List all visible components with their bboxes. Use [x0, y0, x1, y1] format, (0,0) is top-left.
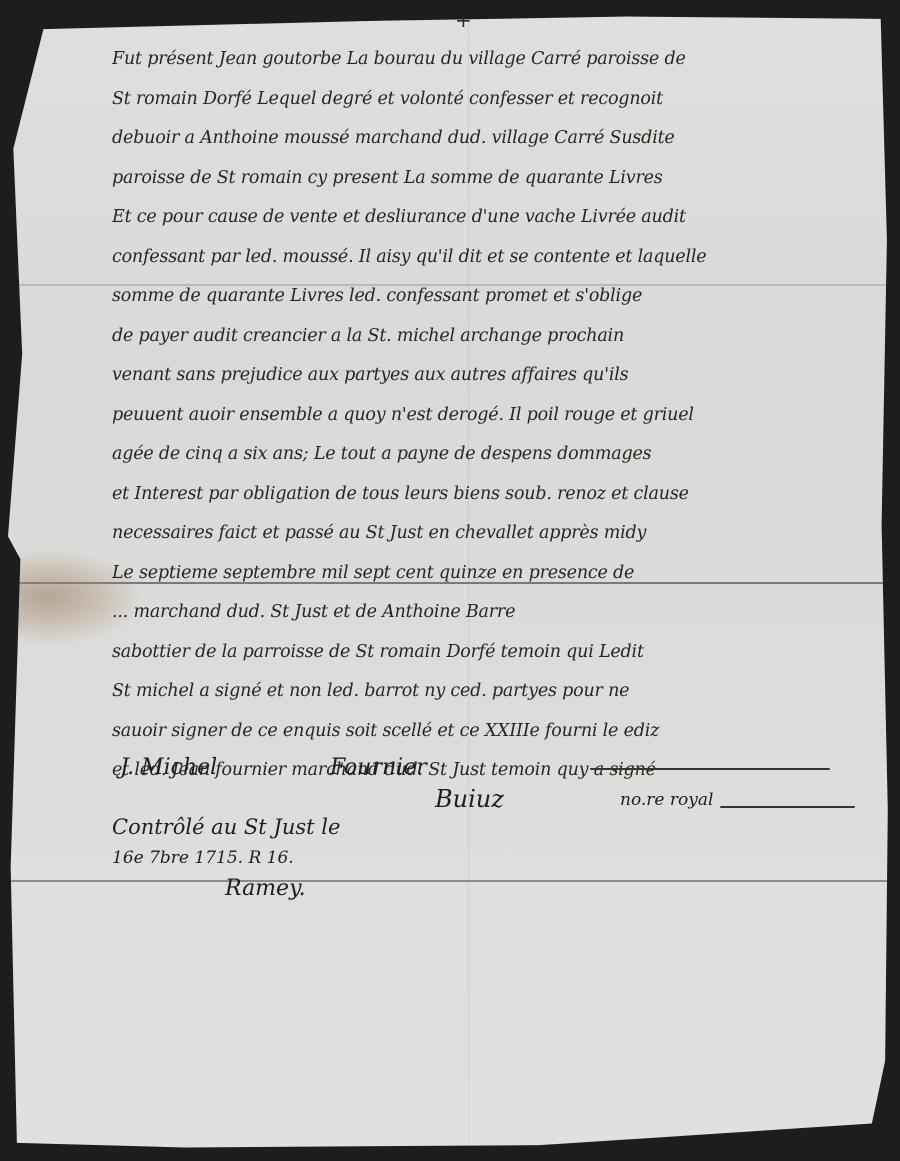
text-line: peuuent auoir ensemble a quoy n'est dero… [112, 396, 882, 436]
signature-michel: J. Michel [120, 755, 217, 780]
text-line: somme de quarante Livres led. confessant… [112, 277, 882, 317]
header-cross-mark: + [455, 8, 472, 32]
controle-note-line-2: 16e 7bre 1715. R 16. [112, 848, 294, 868]
fold-crease-3 [8, 880, 894, 882]
signature-fournier: Fournier [330, 755, 427, 780]
text-line: confessant par led. moussé. Il aisy qu'i… [112, 238, 882, 278]
text-line: necessaires faict et passé au St Just en… [112, 514, 882, 554]
text-line: ... marchand dud. St Just et de Anthoine… [112, 593, 882, 633]
signature-line [590, 768, 830, 770]
text-line: sauoir signer de ce enquis soit scellé e… [112, 712, 882, 752]
text-line: agée de cinq a six ans; Le tout a payne … [112, 435, 882, 475]
signature-notary: Buiuz [435, 785, 504, 813]
text-line: St michel a signé et non led. barrot ny … [112, 672, 882, 712]
text-line: de payer audit creancier a la St. michel… [112, 317, 882, 357]
text-line: St romain Dorfé Lequel degré et volonté … [112, 80, 882, 120]
signature-controleur: Ramey. [225, 876, 306, 901]
text-line: Fut présent Jean goutorbe La bourau du v… [112, 40, 882, 80]
text-line: et Interest par obligation de tous leurs… [112, 475, 882, 515]
controle-note-line-1: Contrôlé au St Just le [112, 815, 340, 839]
text-line: Et ce pour cause de vente et desliurance… [112, 198, 882, 238]
text-line: Le septieme septembre mil sept cent quin… [112, 554, 882, 594]
text-line: debuoir a Anthoine moussé marchand dud. … [112, 119, 882, 159]
text-line: paroisse de St romain cy present La somm… [112, 159, 882, 199]
notary-title: no.re royal [620, 790, 713, 810]
notary-flourish [720, 806, 855, 808]
text-line: sabottier de la parroisse de St romain D… [112, 633, 882, 673]
text-line: venant sans prejudice aux partyes aux au… [112, 356, 882, 396]
deed-text: Fut présent Jean goutorbe La bourau du v… [112, 40, 882, 791]
